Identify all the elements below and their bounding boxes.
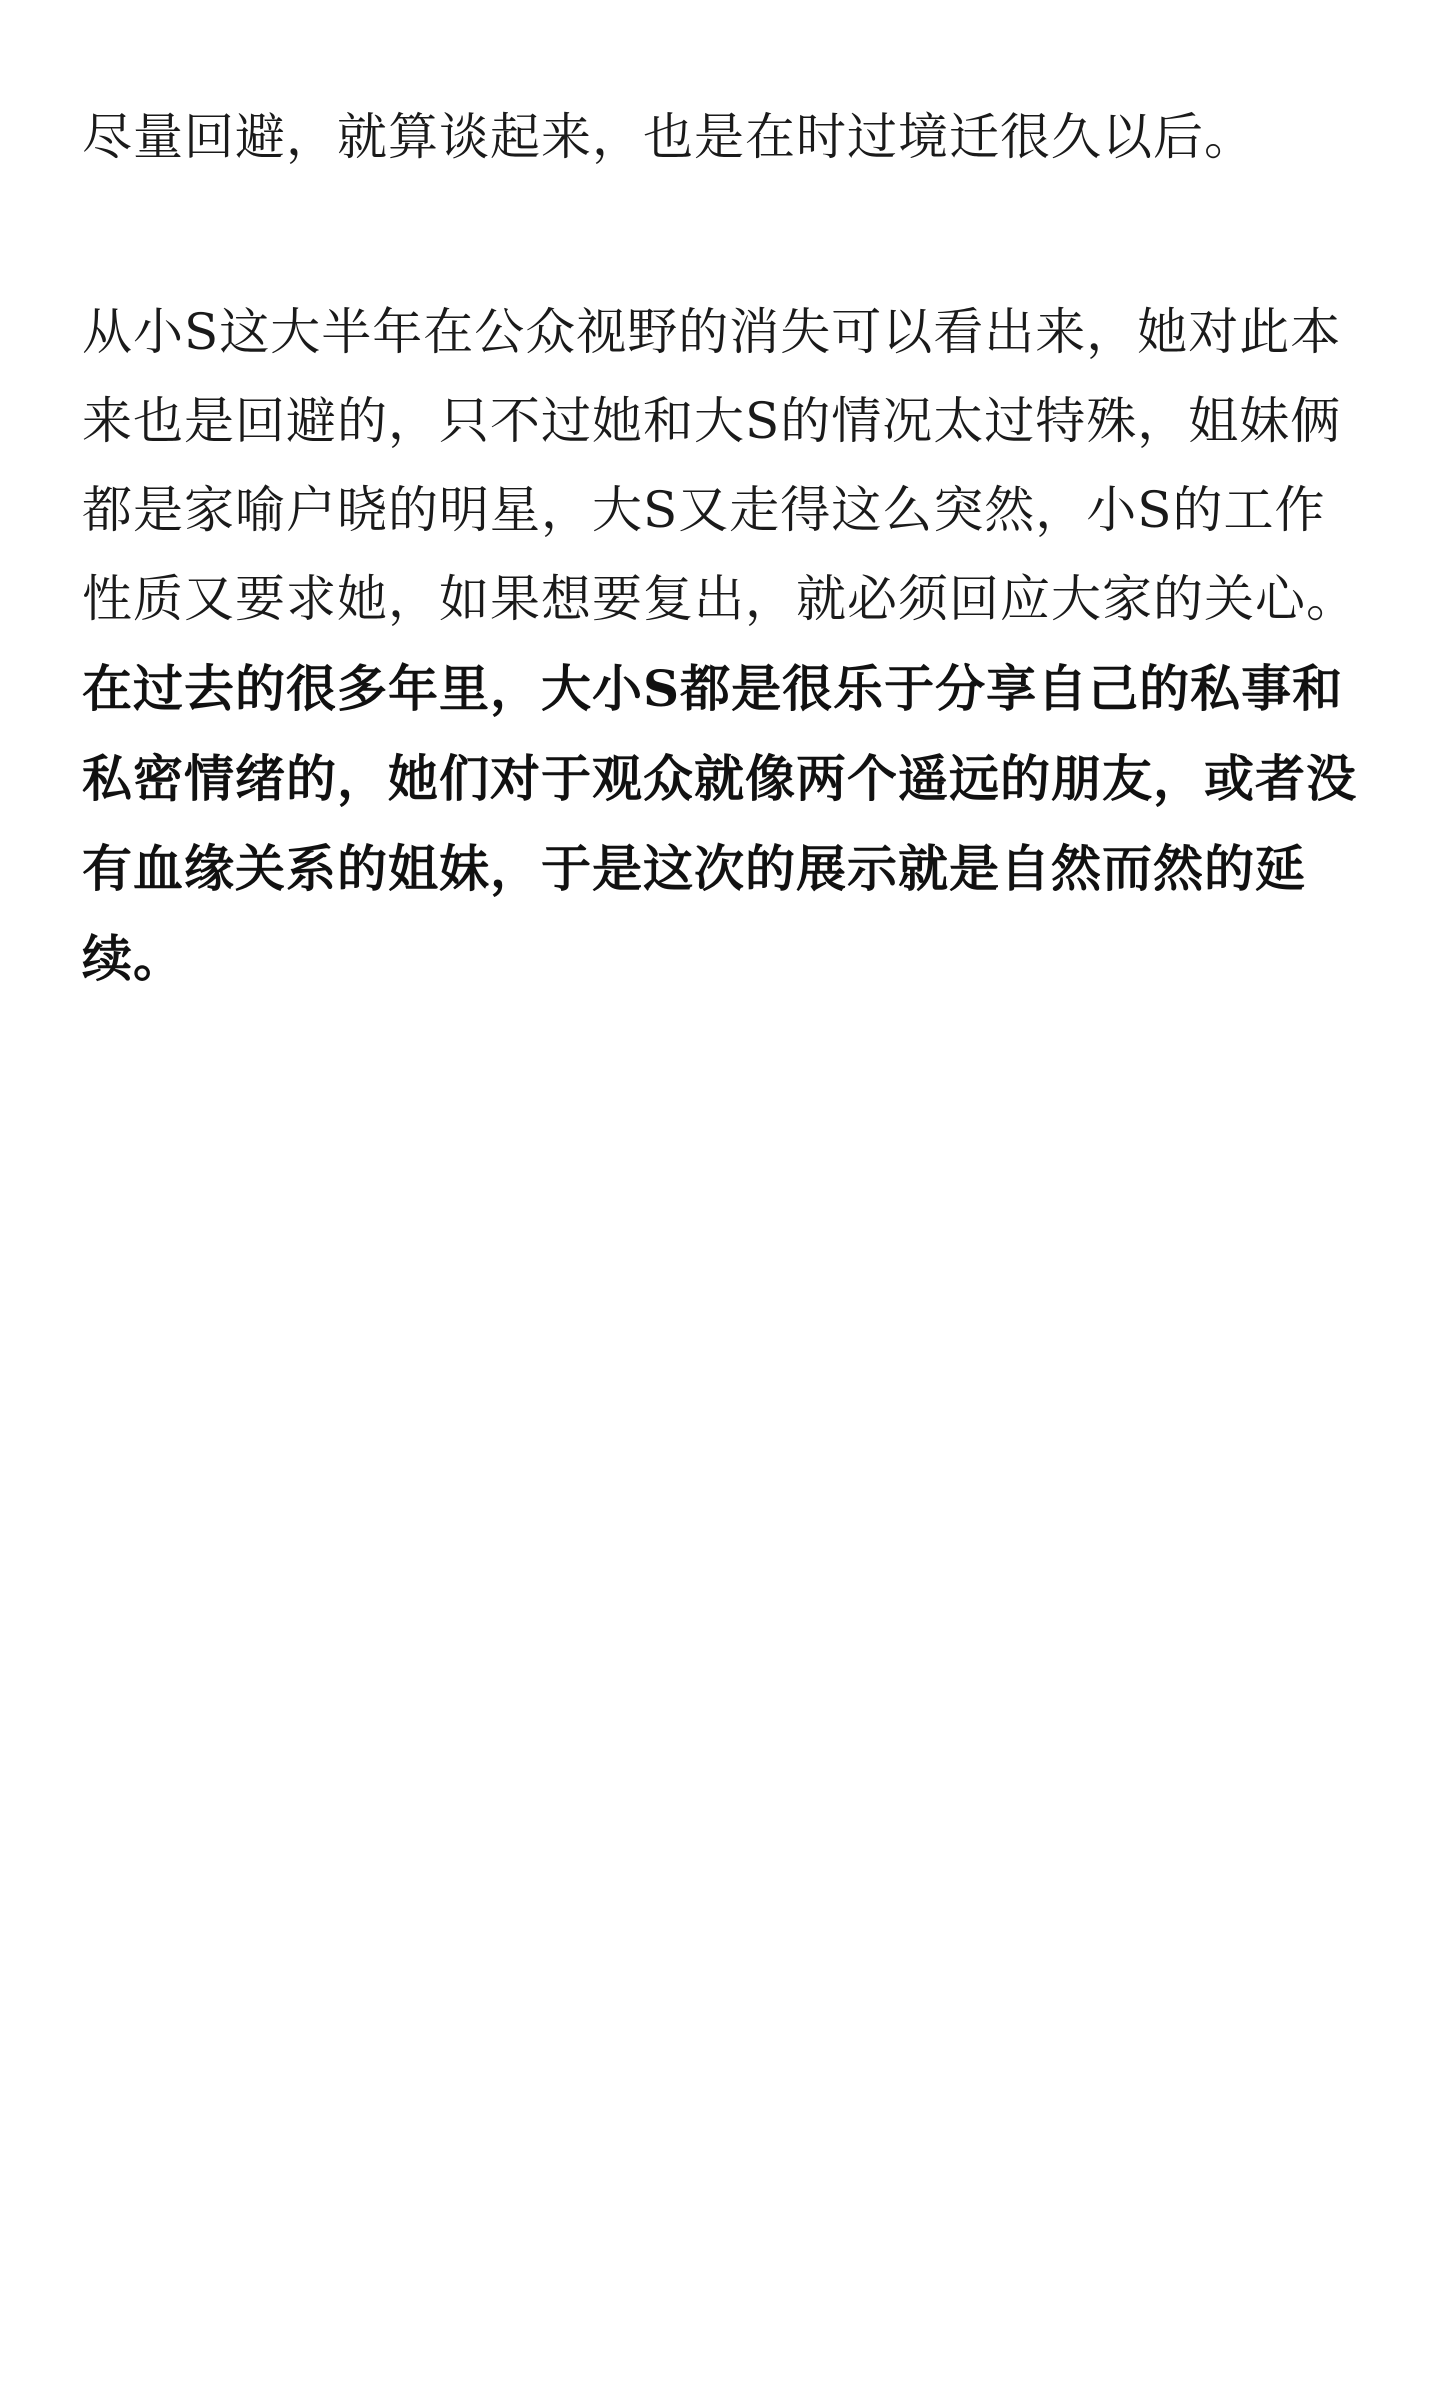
paragraph-2-text: 从小S这大半年在公众视野的消失可以看出来，她对此本来也是回避的，只不过她和大S的… xyxy=(82,303,1357,628)
paragraph-1: 尽量回避，就算谈起来，也是在时过境迁很久以后。 xyxy=(82,92,1372,182)
article-body: 尽量回避，就算谈起来，也是在时过境迁很久以后。 从小S这大半年在公众视野的消失可… xyxy=(82,92,1372,1004)
paragraph-2: 从小S这大半年在公众视野的消失可以看出来，她对此本来也是回避的，只不过她和大S的… xyxy=(82,288,1372,1004)
paragraph-2-bold-text: 在过去的很多年里，大小S都是很乐于分享自己的私事和私密情绪的，她们对于观众就像两… xyxy=(82,659,1357,988)
paragraph-1-text: 尽量回避，就算谈起来，也是在时过境迁很久以后。 xyxy=(82,108,1255,166)
